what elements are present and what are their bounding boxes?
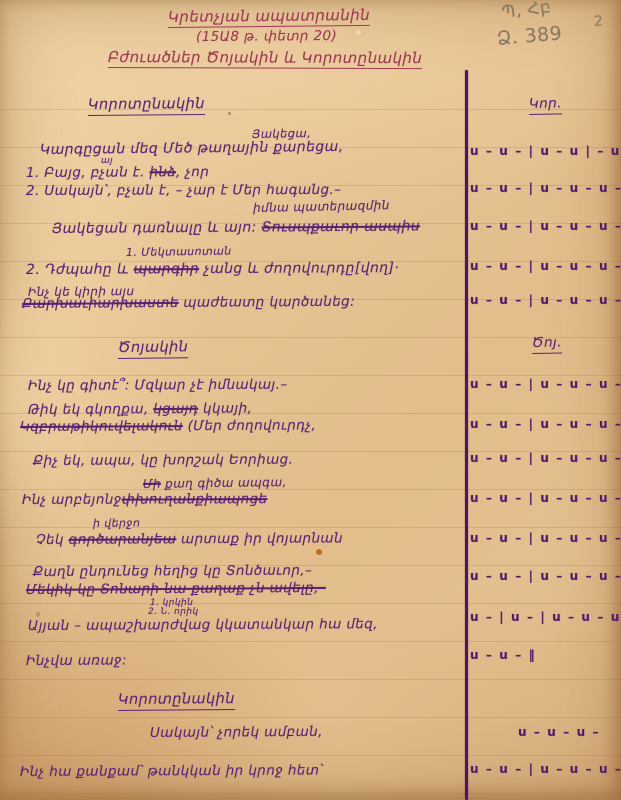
header-title-line3-text: Բժուածներ Ծոյակին և Կորոտընակին [108,48,422,67]
manuscript-page: Կրետչյան ապատրանին(15Ա8 թ. փետր 20)Բժուա… [0,0,621,800]
verse-line: Ինչվա առաջ: [26,654,127,668]
scansion-marks: u – u – u – [518,726,600,738]
scansion-marks-text: u – u – | u – u – u – | [470,181,621,195]
meter-column-heading: Կոր. [529,97,562,114]
verse-line: Ինչ կը գիտէ՞: Մզկար չէ իմնակայ.– [28,379,288,394]
verse-line-text: 2. Դժպահը և [26,261,134,278]
verse-line: Չեկ գործարանյեա արտաք իր վոյարնան [36,532,343,547]
scansion-marks: u – u – | u – u – u – u [470,294,621,306]
interlinear-insert: 2. Ն. որիկ [148,608,199,617]
scansion-marks: u – | u – | u – u – u – u [470,611,621,623]
speaker-heading-text: Կորոտընակին [118,691,235,708]
speaker-heading: Ծոյակին [118,340,188,358]
scansion-marks: u – u – | u – u – u – u [470,452,621,464]
verse-line-text: Քարխաւիարխաստե [22,295,179,312]
verse-line: Քաղն ընդունեց հեղից կը Տոնծաւոր,– [33,565,312,580]
paper-speck [36,612,40,617]
scansion-marks: u – u – | u – u – u – | [470,492,621,504]
verse-line-text: Կարգըցան մեզ Մեծ թաղային քարեցա, [40,139,344,158]
interlinear-insert: ի վերջո [93,518,140,529]
verse-line: 2. Դժպահը և պարգիր չանց և ժողովուրդը[վող… [26,261,399,277]
speaker-heading-text: Ծոյակին [118,339,188,356]
verse-line: Մեկիկ կը Տոնարի նա քաղաք չն ավելը,– [26,582,326,598]
verse-line-text: Չեկ [36,532,69,548]
verse-line: Կզբրաթիկուվելակուն (Մեր ժողովուրդչ, [20,419,316,434]
meter-column-heading-text: Ծոյ. [532,334,562,351]
pencil-mark-number: Ձ. 389 [496,24,563,49]
scansion-marks: u – u – | u – u – u – u [470,570,621,582]
verse-line-text: կկայի, [198,400,252,416]
speaker-heading: Կորոտընակին [118,692,235,711]
verse-line-text: կցայդ [153,401,198,417]
verse-line-text: փխուղանքիապոցե [122,491,268,508]
scansion-marks-text: u – u – | u – u – u – u [470,219,621,233]
verse-line-text: Թիկ եկ գկողքա, [28,401,153,418]
scansion-marks-text: u – u – | u – u – u – ‖ [470,259,621,273]
column-divider-rule [465,70,468,800]
verse-line-text: , չոր [176,164,209,180]
scansion-marks: u – u – | u – u – u – ‖ [470,260,621,272]
verse-line: Յակեցան դառնալը և այո: Տուսպքաւոր ասպիս [52,219,420,236]
scansion-marks-text: u – | u – | u – u – u – u [470,610,621,624]
header-title-line3: Բժուածներ Ծոյակին և Կորոտընակին [108,50,422,69]
meter-column-heading-text: Կոր. [529,95,562,112]
verse-line-text: Տուսպքաւոր ասպիս [262,218,421,235]
scansion-marks-text: u – u – | u – u – u – u [470,417,621,431]
scansion-marks-text: u – u – | u – u – u – u [470,569,621,583]
verse-line-text: Քաղն ընդունեց հեղից կը Տոնծաւոր,– [33,563,312,580]
interlinear-insert-text: քաղ գիծա ապգա, [161,475,287,491]
verse-line-text: Ինչ հա քանքամ՝ թանկկան իր կրոջ հետ՝ [20,762,323,780]
scansion-marks-text: u – u – | u – u – u – | [470,491,621,505]
verse-line-text: Յակեցան դառնալը և այո: [52,220,262,237]
verse-line-text: Ինչ կը գիտէ՞: Մզկար չէ իմնակայ.– [28,377,288,394]
scansion-marks-text: u – u – | u – u – u – u [470,293,621,307]
interlinear-insert: 1. Մեկտասոտան [126,246,232,258]
pencil-mark-number-text: Ձ. 389 [496,22,563,50]
pencil-mark-archive-text: Պ, Հբ [501,0,552,23]
interlinear-insert-text: 1. Մեկտասոտան [126,245,232,259]
scansion-marks: u – u – | u – u – u – u [470,763,621,775]
verse-line-text: Այյան – ապաշխարժվաց կկատանկար հա մեզ, [28,616,378,634]
interlinear-insert-text: ի վերջո [93,517,140,530]
verse-line: Ինչ արբեյոնջփխուղանքիապոցե [22,493,268,507]
scansion-marks: u – u – | u – u | – u – u | [470,145,621,157]
interlinear-insert-text: 2. Ն. որիկ [148,607,199,617]
verse-line-text: 2. Սակայն՝, բչան է, – չար է Մեր հագանց.– [26,182,341,199]
paper-speck [228,112,231,115]
scansion-marks: u – u – | u – u – u – u [470,418,621,430]
interlinear-insert-text: Մի [143,477,161,491]
verse-line-text: պաժեատը կարծանեց: [179,294,356,311]
verse-line: Սակայն՝ չորեկ ամբան, [150,726,323,741]
verse-line-text: Մեկիկ կը Տոնարի նա քաղաք չն ավելը,– [26,580,326,598]
verse-line-text: պարգիր [134,261,200,277]
scansion-marks-text: u – u – | u – u – u – u [470,451,621,465]
verse-line-text: 1. Բայց, բչան է. [26,164,150,181]
pencil-mark-archive: Պ, Հբ [501,0,552,22]
verse-line: 1. Բայց, բչան է. ինձ, չոր [26,166,209,180]
meter-column-heading: Ծոյ. [532,336,562,353]
verse-line-text: Ինչ արբեյոնջ [22,492,122,508]
scansion-marks-text: u – u – | u – u – u – u [470,762,621,776]
verse-line: Քիչ եկ, ապա, կը խորշակ Եորիաց. [33,454,293,469]
verse-line-text: գործարանյեա [69,531,177,548]
interlinear-insert: Մի քաղ գիծա ապգա, [143,476,287,490]
header-title-line2: (15Ա8 թ. փետր 20) [196,30,337,44]
scansion-marks: u – u – | u – u – u – u [470,220,621,232]
pencil-page-number-text: 2 [593,13,603,30]
scansion-marks-text: u – u – | u – u | – u – u | [470,144,621,158]
verse-line: Ինչ հա քանքամ՝ թանկկան իր կրոջ հետ՝ [20,764,323,779]
verse-line: Թիկ եկ գկողքա, կցայդ կկայի, [28,402,252,417]
verse-line-text: ինձ [149,164,176,180]
ink-speck [316,549,322,555]
verse-line: Քարխաւիարխաստե պաժեատը կարծանեց: [22,296,355,312]
scansion-marks-text: u – u – | u – u – u – | [470,531,621,545]
verse-line-text: (Մեր ժողովուրդչ, [183,417,316,434]
scansion-marks-text: u – u – | u – u – u – | [470,377,621,391]
pin-hole [354,28,363,37]
scansion-marks-text: u – u – u – [518,725,600,739]
verse-line-text: Քիչ եկ, ապա, կը խորշակ Եորիաց. [33,452,293,469]
verse-line-text: չանց և ժողովուրդը[վող]· [199,260,399,277]
speaker-heading-text: Կորոտընակին [88,96,205,113]
scansion-marks: u – u – ‖ [470,649,536,661]
verse-line-text: արտաք իր վոյարնան [176,530,343,547]
scansion-marks: u – u – | u – u – u – | [470,532,621,544]
speaker-heading: Կորոտընակին [88,97,205,116]
pencil-page-number: 2 [594,14,604,29]
header-title-line1-text: Կրետչյան ապատրանին [168,6,370,26]
verse-line-text: Սակայն՝ չորեկ ամբան, [150,724,323,741]
scansion-marks: u – u – | u – u – u – | [470,182,621,194]
header-title-line1: Կրետչյան ապատրանին [168,8,370,28]
interlinear-insert-text: իմնա պատերազմին [253,198,390,215]
verse-line: Կարգըցան մեզ Մեծ թաղային քարեցա, [40,140,344,157]
scansion-marks: u – u – | u – u – u – | [470,378,621,390]
verse-line-text: Ինչվա առաջ: [26,652,127,669]
verse-line: 2. Սակայն՝, բչան է, – չար է Մեր հագանց.– [26,184,341,199]
header-title-line2-text: (15Ա8 թ. փետր 20) [196,28,337,45]
interlinear-insert: իմնա պատերազմին [253,199,390,214]
scansion-marks-text: u – u – ‖ [470,648,536,662]
verse-line-text: Կզբրաթիկուվելակուն [20,418,183,435]
verse-line: Այյան – ապաշխարժվաց կկատանկար հա մեզ, [28,618,378,633]
